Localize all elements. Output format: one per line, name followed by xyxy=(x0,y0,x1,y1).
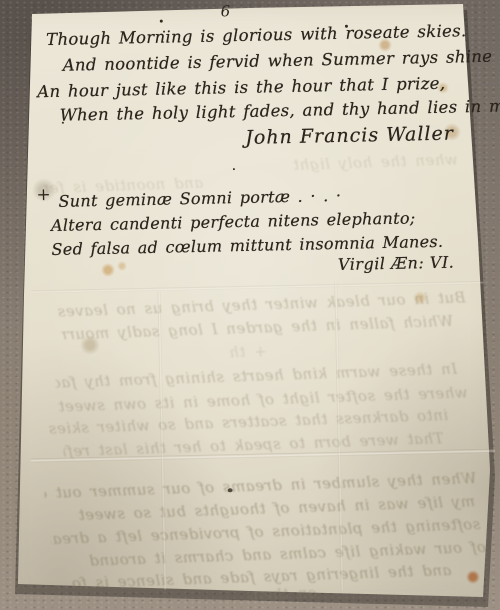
page-number: 6 xyxy=(220,2,230,20)
bleed-through-line: on them xyxy=(217,584,318,605)
ink-speck xyxy=(345,25,348,28)
poem-line: Though Morning is glorious with roseate … xyxy=(46,21,467,49)
latin-quote-line: Altera candenti perfecta nitens elephant… xyxy=(51,208,416,235)
signature: John Francis Waller xyxy=(245,123,454,149)
letter-content: when the holy light fades and thy and no… xyxy=(0,0,500,610)
ink-speck xyxy=(163,31,165,33)
poem-line: An hour just like this is the hour that … xyxy=(37,74,445,102)
ink-speck xyxy=(233,168,235,170)
ink-blot xyxy=(228,488,233,492)
footnote-mark: + xyxy=(36,185,51,205)
bleed-through-line: + th xyxy=(211,342,267,362)
photo-scene: when the holy light fades and thy and no… xyxy=(0,0,500,610)
ink-speck xyxy=(160,20,163,23)
poem-line: When the holy light fades, and thy hand … xyxy=(60,96,500,125)
ink-speck xyxy=(62,122,64,124)
bleed-through-line: when the holy light fades and thy xyxy=(288,150,459,174)
quote-attribution: Virgil Æn: VI. xyxy=(338,253,455,274)
poem-line: And noontide is fervid when Summer rays … xyxy=(62,46,500,75)
